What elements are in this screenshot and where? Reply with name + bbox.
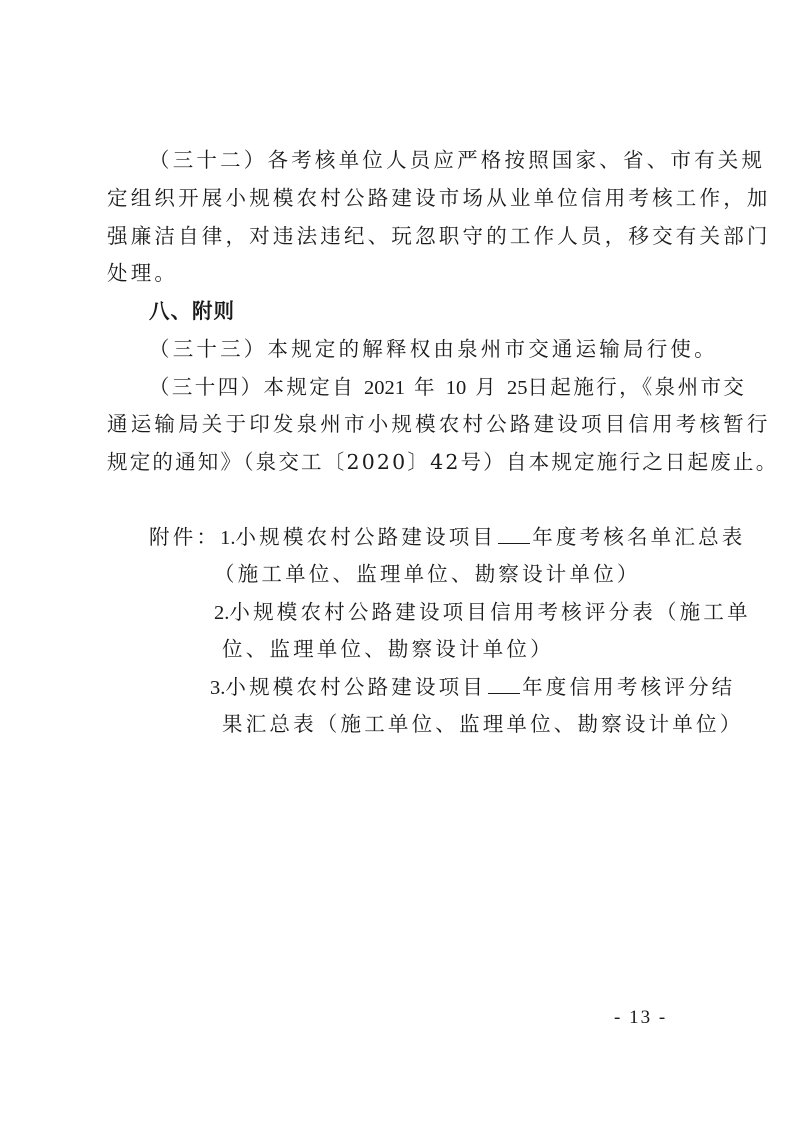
attachment-1-title-post: 年度考核名单汇总表 (532, 525, 745, 549)
attachment-3-title-pre: 小规模农村公路建设项目 (225, 675, 486, 699)
attachment-3-line-1: 3.小规模农村公路建设项目年度信用考核评分结 (210, 674, 735, 701)
clause-32-line-2: 定组织开展小规模农村公路建设市场从业单位信用考核工作，加 (107, 185, 693, 211)
chapter-heading: 八、附则 (149, 298, 735, 324)
page-number: - 13 - (614, 1007, 667, 1029)
attachment-3-number: 3. (210, 677, 225, 699)
clause-34-line-1: （三十四）本规定自 2021 年 10 月 25日起施行，《泉州市交 (149, 374, 735, 401)
document-page: （三十二）各考核单位人员应严格按照国家、省、市有关规 定组织开展小规模农村公路建… (0, 0, 793, 1122)
clause-34-year: 2021 (364, 377, 405, 399)
attachment-1-title-pre: 小规模农村公路建设项目 (235, 525, 496, 549)
clause-34-line-2: 通运输局关于印发泉州市小规模农村公路建设项目信用考核暂行 (107, 411, 693, 437)
attachment-1-number: 1. (220, 527, 235, 549)
attachment-2-line-1: 2.小规模农村公路建设项目信用考核评分表（施工单 (214, 599, 751, 626)
clause-34-year-unit: 年 (414, 375, 437, 399)
attachment-2-number: 2. (214, 602, 229, 624)
clause-33-line-1: （三十三）本规定的解释权由泉州市交通运输局行使。 (149, 336, 735, 362)
clause-34-pre: （三十四）本规定自 (149, 375, 355, 399)
attachment-3-line-2: 果汇总表（施工单位、监理单位、勘察设计单位） (222, 711, 743, 737)
attachment-2-line-2: 位、监理单位、勘察设计单位） (222, 636, 554, 662)
attachment-1-line-1: 附件：1.小规模农村公路建设项目年度考核名单汇总表 (149, 524, 746, 551)
attachment-1-line-2: （施工单位、监理单位、勘察设计单位） (214, 561, 641, 587)
clause-34-month-unit: 月 (475, 375, 498, 399)
clause-32-line-4: 处理。 (107, 260, 693, 286)
year-blank-1 (498, 525, 530, 544)
clause-32-line-3: 强廉洁自律，对违法违纪、玩忽职守的工作人员，移交有关部门 (107, 223, 693, 249)
clause-34-post: 日起施行，《泉州市交 (528, 375, 747, 399)
clause-32-line-1: （三十二）各考核单位人员应严格按照国家、省、市有关规 (149, 147, 735, 173)
clause-34-month: 10 (446, 377, 467, 399)
attachment-3-title-post: 年度信用考核评分结 (522, 675, 735, 699)
attachments-label: 附件： (149, 525, 220, 549)
year-blank-3 (488, 675, 520, 694)
clause-34-line-3: 规定的通知》（泉交工〔2020〕42号）自本规定施行之日起废止。 (107, 449, 693, 475)
attachment-2-title: 小规模农村公路建设项目信用考核评分表（施工单 (229, 600, 750, 624)
clause-34-day: 25 (507, 377, 528, 399)
